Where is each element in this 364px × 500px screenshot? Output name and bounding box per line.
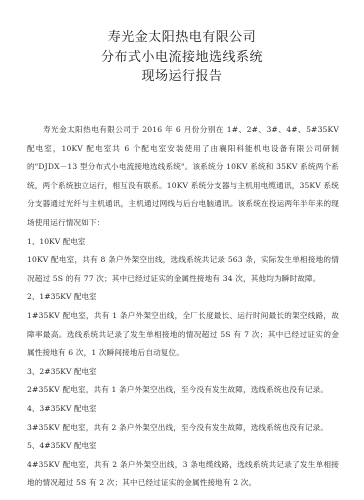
section-text-3-35kv: 3#35KV 配电室，共有 2 条户外架空出线，至今没有发生故障，选线系统也没有… [27, 419, 339, 438]
title-company: 寿光金太阳热电有限公司 [0, 28, 364, 48]
section-text-4-35kv: 4#35KV 配电室，共有 2 条户外架空出线，3 条电缆线路，选线系统共记录了… [27, 456, 339, 493]
section-text-2-35kv: 2#35KV 配电室，共有 1 条户外架空出线，至今没有发生故障，选线系统也没有… [27, 381, 339, 400]
section-heading-4-35kv: 5、4#35KV 配电室 [27, 437, 339, 456]
section-text-1-35kv: 1#35KV 配电室，共有 1 条户外架空出线，全厂长度最长、运行时间最长的架空… [27, 307, 339, 363]
section-heading-10kv: 1、10KV 配电室 [27, 233, 339, 252]
report-body: 寿光金太阳热电有限公司于 2016 年 6 月份分别在 1#、2#、3#、4#、… [27, 121, 339, 493]
section-heading-1-35kv: 2、1#35KV 配电室 [27, 288, 339, 307]
section-text-10kv: 10KV 配电室，共有 8 条户外架空出线，选线系统共记录 563 条，实际发生… [27, 251, 339, 288]
document-page: 寿光金太阳热电有限公司 分布式小电流接地选线系统 现场运行报告 寿光金太阳热电有… [0, 0, 364, 500]
title-system: 分布式小电流接地选线系统 [0, 48, 364, 68]
section-heading-3-35kv: 4、3#35KV 配电室 [27, 400, 339, 419]
report-title: 寿光金太阳热电有限公司 分布式小电流接地选线系统 现场运行报告 [0, 28, 364, 87]
intro-paragraph: 寿光金太阳热电有限公司于 2016 年 6 月份分别在 1#、2#、3#、4#、… [27, 121, 339, 233]
section-heading-2-35kv: 3、2#35KV 配电室 [27, 363, 339, 382]
title-report: 现场运行报告 [0, 67, 364, 87]
